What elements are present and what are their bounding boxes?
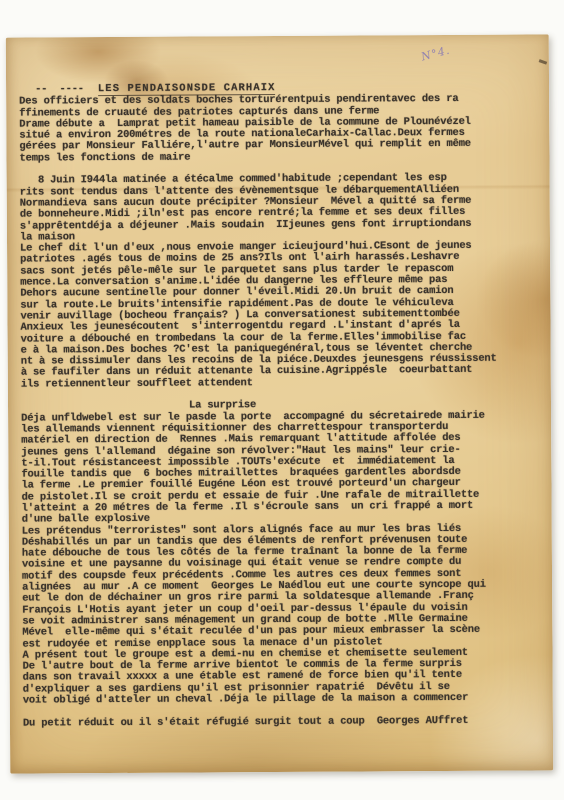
section: Du petit réduit ou il s'était réfugié su… (23, 715, 539, 729)
typewritten-text: -- ---- LES PENDAISONSDE CARHAIX Des off… (6, 34, 553, 729)
text-line: temps les fonctions de maire (19, 150, 535, 164)
document-body: Des officiers et des soldats boches tort… (19, 94, 539, 730)
text-line: ils retiennentleur souffleet attendent (21, 376, 537, 390)
section: La surpriseDéja unfldwebel est sur le pa… (21, 399, 539, 707)
text-line: Du petit réduit ou il s'était réfugié su… (23, 715, 539, 729)
title-dashes: -- ---- (19, 84, 84, 96)
text-line: voit obligé d'atteler un cheval .Déja le… (23, 692, 539, 706)
section: Des officiers et des soldats boches tort… (19, 94, 535, 165)
scanned-paper-page: N°4. -- ---- LES PENDAISONSDE CARHAIX De… (6, 34, 553, 773)
section: 8 Juin I944la matinée a étécalme commed'… (20, 173, 537, 391)
